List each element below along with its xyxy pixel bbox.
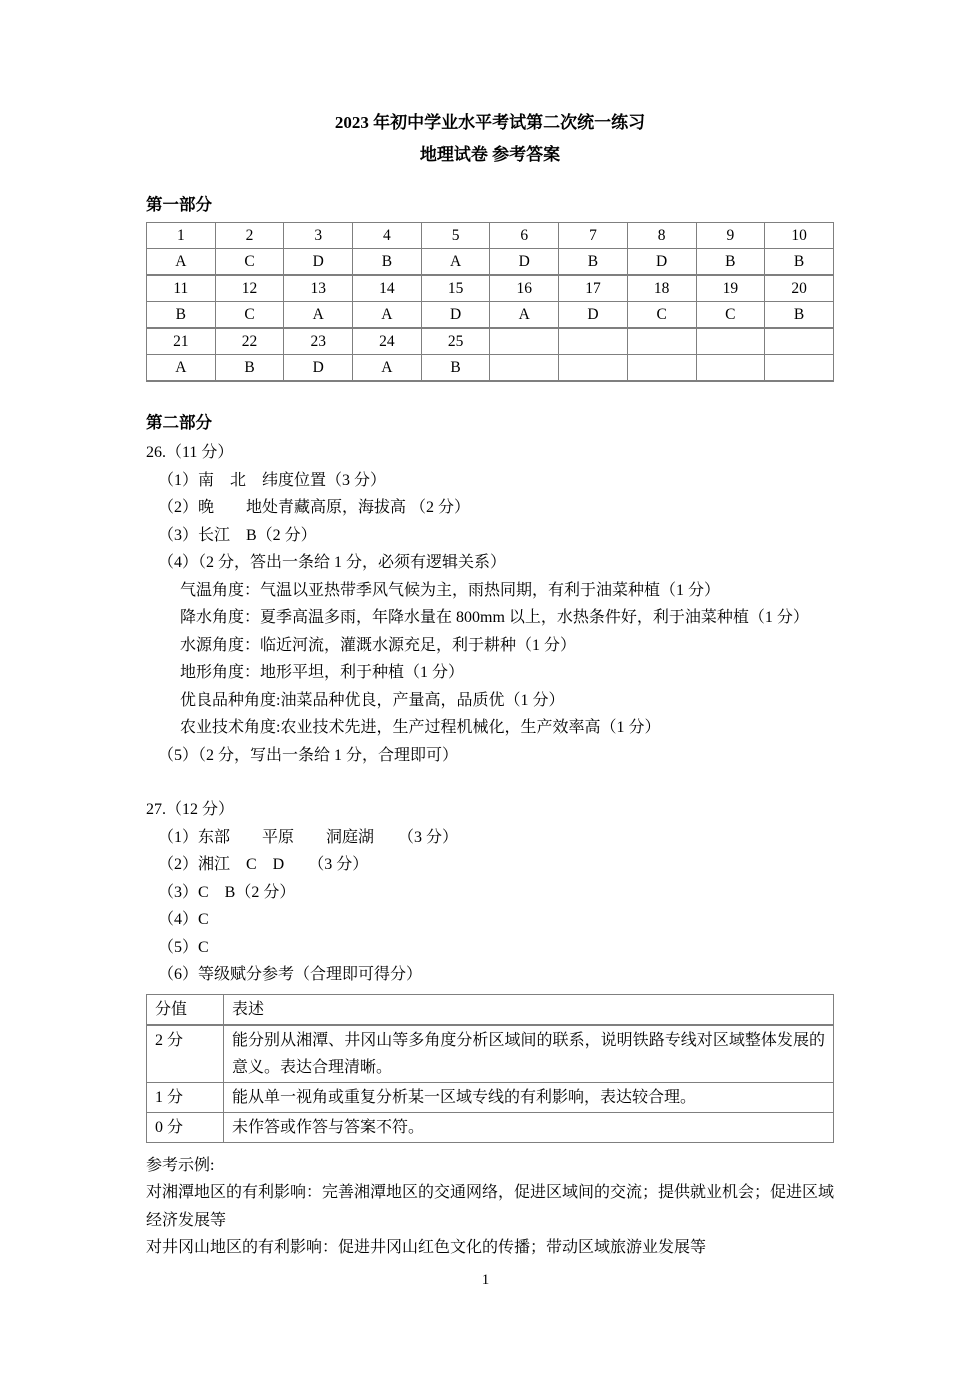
answer-cell: A xyxy=(353,355,422,382)
answer-line: （2）湘江 C D （3 分） xyxy=(146,851,834,879)
rubric-cell-desc: 能从单一视角或重复分析某一区域专线的有利影响，表达较合理。 xyxy=(224,1082,834,1112)
answer-cell: 16 xyxy=(490,275,559,302)
answer-cell: 12 xyxy=(215,275,284,302)
rubric-cell-score: 2 分 xyxy=(147,1025,224,1083)
answer-cell: A xyxy=(490,302,559,329)
answer-cell: D xyxy=(559,302,628,329)
answer-line: （4）C xyxy=(146,906,834,934)
answer-cell: C xyxy=(215,249,284,276)
answer-cell: D xyxy=(284,355,353,382)
doc-subtitle: 地理试卷 参考答案 xyxy=(146,144,834,166)
answer-cell: 4 xyxy=(353,223,422,249)
answer-table-row: 11 12 13 14 15 16 17 18 19 20 xyxy=(147,275,834,302)
answer-cell: D xyxy=(490,249,559,276)
document-page: 2023 年初中学业水平考试第二次统一练习 地理试卷 参考答案 第一部分 1 2… xyxy=(0,0,971,1373)
rubric-header-desc: 表述 xyxy=(224,994,834,1025)
answer-cell: 2 xyxy=(215,223,284,249)
answer-cell xyxy=(765,355,834,382)
answer-cell: 10 xyxy=(765,223,834,249)
answer-line: （3）长江 B（2 分） xyxy=(146,522,834,550)
answer-cell: 11 xyxy=(147,275,216,302)
answer-cell: 6 xyxy=(490,223,559,249)
answer-cell: 19 xyxy=(696,275,765,302)
answer-cell: A xyxy=(284,302,353,329)
answer-line: 地形角度：地形平坦，利于种植（1 分） xyxy=(146,659,834,687)
doc-title: 2023 年初中学业水平考试第二次统一练习 xyxy=(146,112,834,134)
rubric-cell-desc: 能分别从湘潭、井冈山等多角度分析区域间的联系，说明铁路专线对区域整体发展的意义。… xyxy=(224,1025,834,1083)
example-paragraph: 对井冈山地区的有利影响：促进井冈山红色文化的传播；带动区域旅游业发展等 xyxy=(146,1234,834,1262)
answer-cell: A xyxy=(147,249,216,276)
answer-line: （6）等级赋分参考（合理即可得分） xyxy=(146,961,834,989)
answer-line: （3）C B（2 分） xyxy=(146,879,834,907)
answer-cell xyxy=(696,328,765,355)
answer-line: 优良品种角度:油菜品种优良，产量高，品质优（1 分） xyxy=(146,687,834,715)
answer-cell: 9 xyxy=(696,223,765,249)
answer-line: （5）（2 分，写出一条给 1 分，合理即可） xyxy=(146,742,834,770)
part1-answer-table: 1 2 3 4 5 6 7 8 9 10 A C D B A D B D B xyxy=(146,222,834,382)
answer-line: （1）南 北 纬度位置（3 分） xyxy=(146,467,834,495)
answer-table-row: A B D A B xyxy=(147,355,834,382)
answer-cell: A xyxy=(147,355,216,382)
q27-number: 27.（12 分） xyxy=(146,796,834,824)
rubric-cell-score: 1 分 xyxy=(147,1082,224,1112)
answer-line: 水源角度：临近河流，灌溉水源充足，利于耕种（1 分） xyxy=(146,632,834,660)
rubric-header-row: 分值 表述 xyxy=(147,994,834,1025)
answer-cell: B xyxy=(421,355,490,382)
answer-cell: 24 xyxy=(353,328,422,355)
answer-cell: D xyxy=(627,249,696,276)
answer-cell: 7 xyxy=(559,223,628,249)
answer-cell: B xyxy=(215,355,284,382)
answer-cell xyxy=(627,355,696,382)
answer-line: 降水角度：夏季高温多雨，年降水量在 800mm 以上，水热条件好，利于油菜种植（… xyxy=(146,604,834,632)
answer-line: 农业技术角度:农业技术先进，生产过程机械化，生产效率高（1 分） xyxy=(146,714,834,742)
answer-cell: A xyxy=(421,249,490,276)
answer-line: （2）晚 地处青藏高原，海拔高 （2 分） xyxy=(146,494,834,522)
answer-cell: 18 xyxy=(627,275,696,302)
answer-cell: 25 xyxy=(421,328,490,355)
answer-cell: D xyxy=(284,249,353,276)
answer-table-row: B C A A D A D C C B xyxy=(147,302,834,329)
answer-cell: 20 xyxy=(765,275,834,302)
document-content: 2023 年初中学业水平考试第二次统一练习 地理试卷 参考答案 第一部分 1 2… xyxy=(146,0,834,1262)
rubric-cell-score: 0 分 xyxy=(147,1112,224,1142)
answer-cell: B xyxy=(559,249,628,276)
answer-cell: 22 xyxy=(215,328,284,355)
answer-cell: 13 xyxy=(284,275,353,302)
rubric-row: 1 分 能从单一视角或重复分析某一区域专线的有利影响，表达较合理。 xyxy=(147,1082,834,1112)
part2-heading: 第二部分 xyxy=(146,413,834,433)
answer-cell xyxy=(765,328,834,355)
answer-cell xyxy=(696,355,765,382)
answer-cell: 5 xyxy=(421,223,490,249)
answer-cell: D xyxy=(421,302,490,329)
answer-table-row: A C D B A D B D B B xyxy=(147,249,834,276)
q26-number: 26.（11 分） xyxy=(146,439,834,467)
answer-cell xyxy=(627,328,696,355)
answer-cell: B xyxy=(696,249,765,276)
answer-cell: B xyxy=(765,302,834,329)
answer-cell: 23 xyxy=(284,328,353,355)
example-paragraph: 对湘潭地区的有利影响：完善湘潭地区的交通网络，促进区域间的交流；提供就业机会；促… xyxy=(146,1179,834,1234)
answer-cell: B xyxy=(353,249,422,276)
page-number: 1 xyxy=(0,1272,971,1289)
answer-cell: C xyxy=(696,302,765,329)
answer-cell: 3 xyxy=(284,223,353,249)
part1-heading: 第一部分 xyxy=(146,195,834,215)
answer-cell: 14 xyxy=(353,275,422,302)
example-heading: 参考示例: xyxy=(146,1152,834,1180)
answer-line: （1）东部 平原 洞庭湖 （3 分） xyxy=(146,824,834,852)
answer-cell: 15 xyxy=(421,275,490,302)
answer-table-row: 1 2 3 4 5 6 7 8 9 10 xyxy=(147,223,834,249)
answer-cell xyxy=(559,328,628,355)
rubric-header-score: 分值 xyxy=(147,994,224,1025)
answer-line: 气温角度：气温以亚热带季风气候为主，雨热同期，有利于油菜种植（1 分） xyxy=(146,577,834,605)
answer-cell: 21 xyxy=(147,328,216,355)
answer-line: （4）（2 分，答出一条给 1 分，必须有逻辑关系） xyxy=(146,549,834,577)
answer-cell: C xyxy=(627,302,696,329)
answer-cell: B xyxy=(147,302,216,329)
answer-line: （5）C xyxy=(146,934,834,962)
answer-cell xyxy=(490,355,559,382)
answer-cell xyxy=(490,328,559,355)
answer-cell: A xyxy=(353,302,422,329)
rubric-row: 2 分 能分别从湘潭、井冈山等多角度分析区域间的联系，说明铁路专线对区域整体发展… xyxy=(147,1025,834,1083)
answer-cell xyxy=(559,355,628,382)
answer-cell: 1 xyxy=(147,223,216,249)
answer-table-row: 21 22 23 24 25 xyxy=(147,328,834,355)
rubric-table: 分值 表述 2 分 能分别从湘潭、井冈山等多角度分析区域间的联系，说明铁路专线对… xyxy=(146,994,834,1143)
answer-cell: 17 xyxy=(559,275,628,302)
answer-cell: B xyxy=(765,249,834,276)
rubric-row: 0 分 未作答或作答与答案不符。 xyxy=(147,1112,834,1142)
answer-cell: C xyxy=(215,302,284,329)
answer-cell: 8 xyxy=(627,223,696,249)
rubric-cell-desc: 未作答或作答与答案不符。 xyxy=(224,1112,834,1142)
